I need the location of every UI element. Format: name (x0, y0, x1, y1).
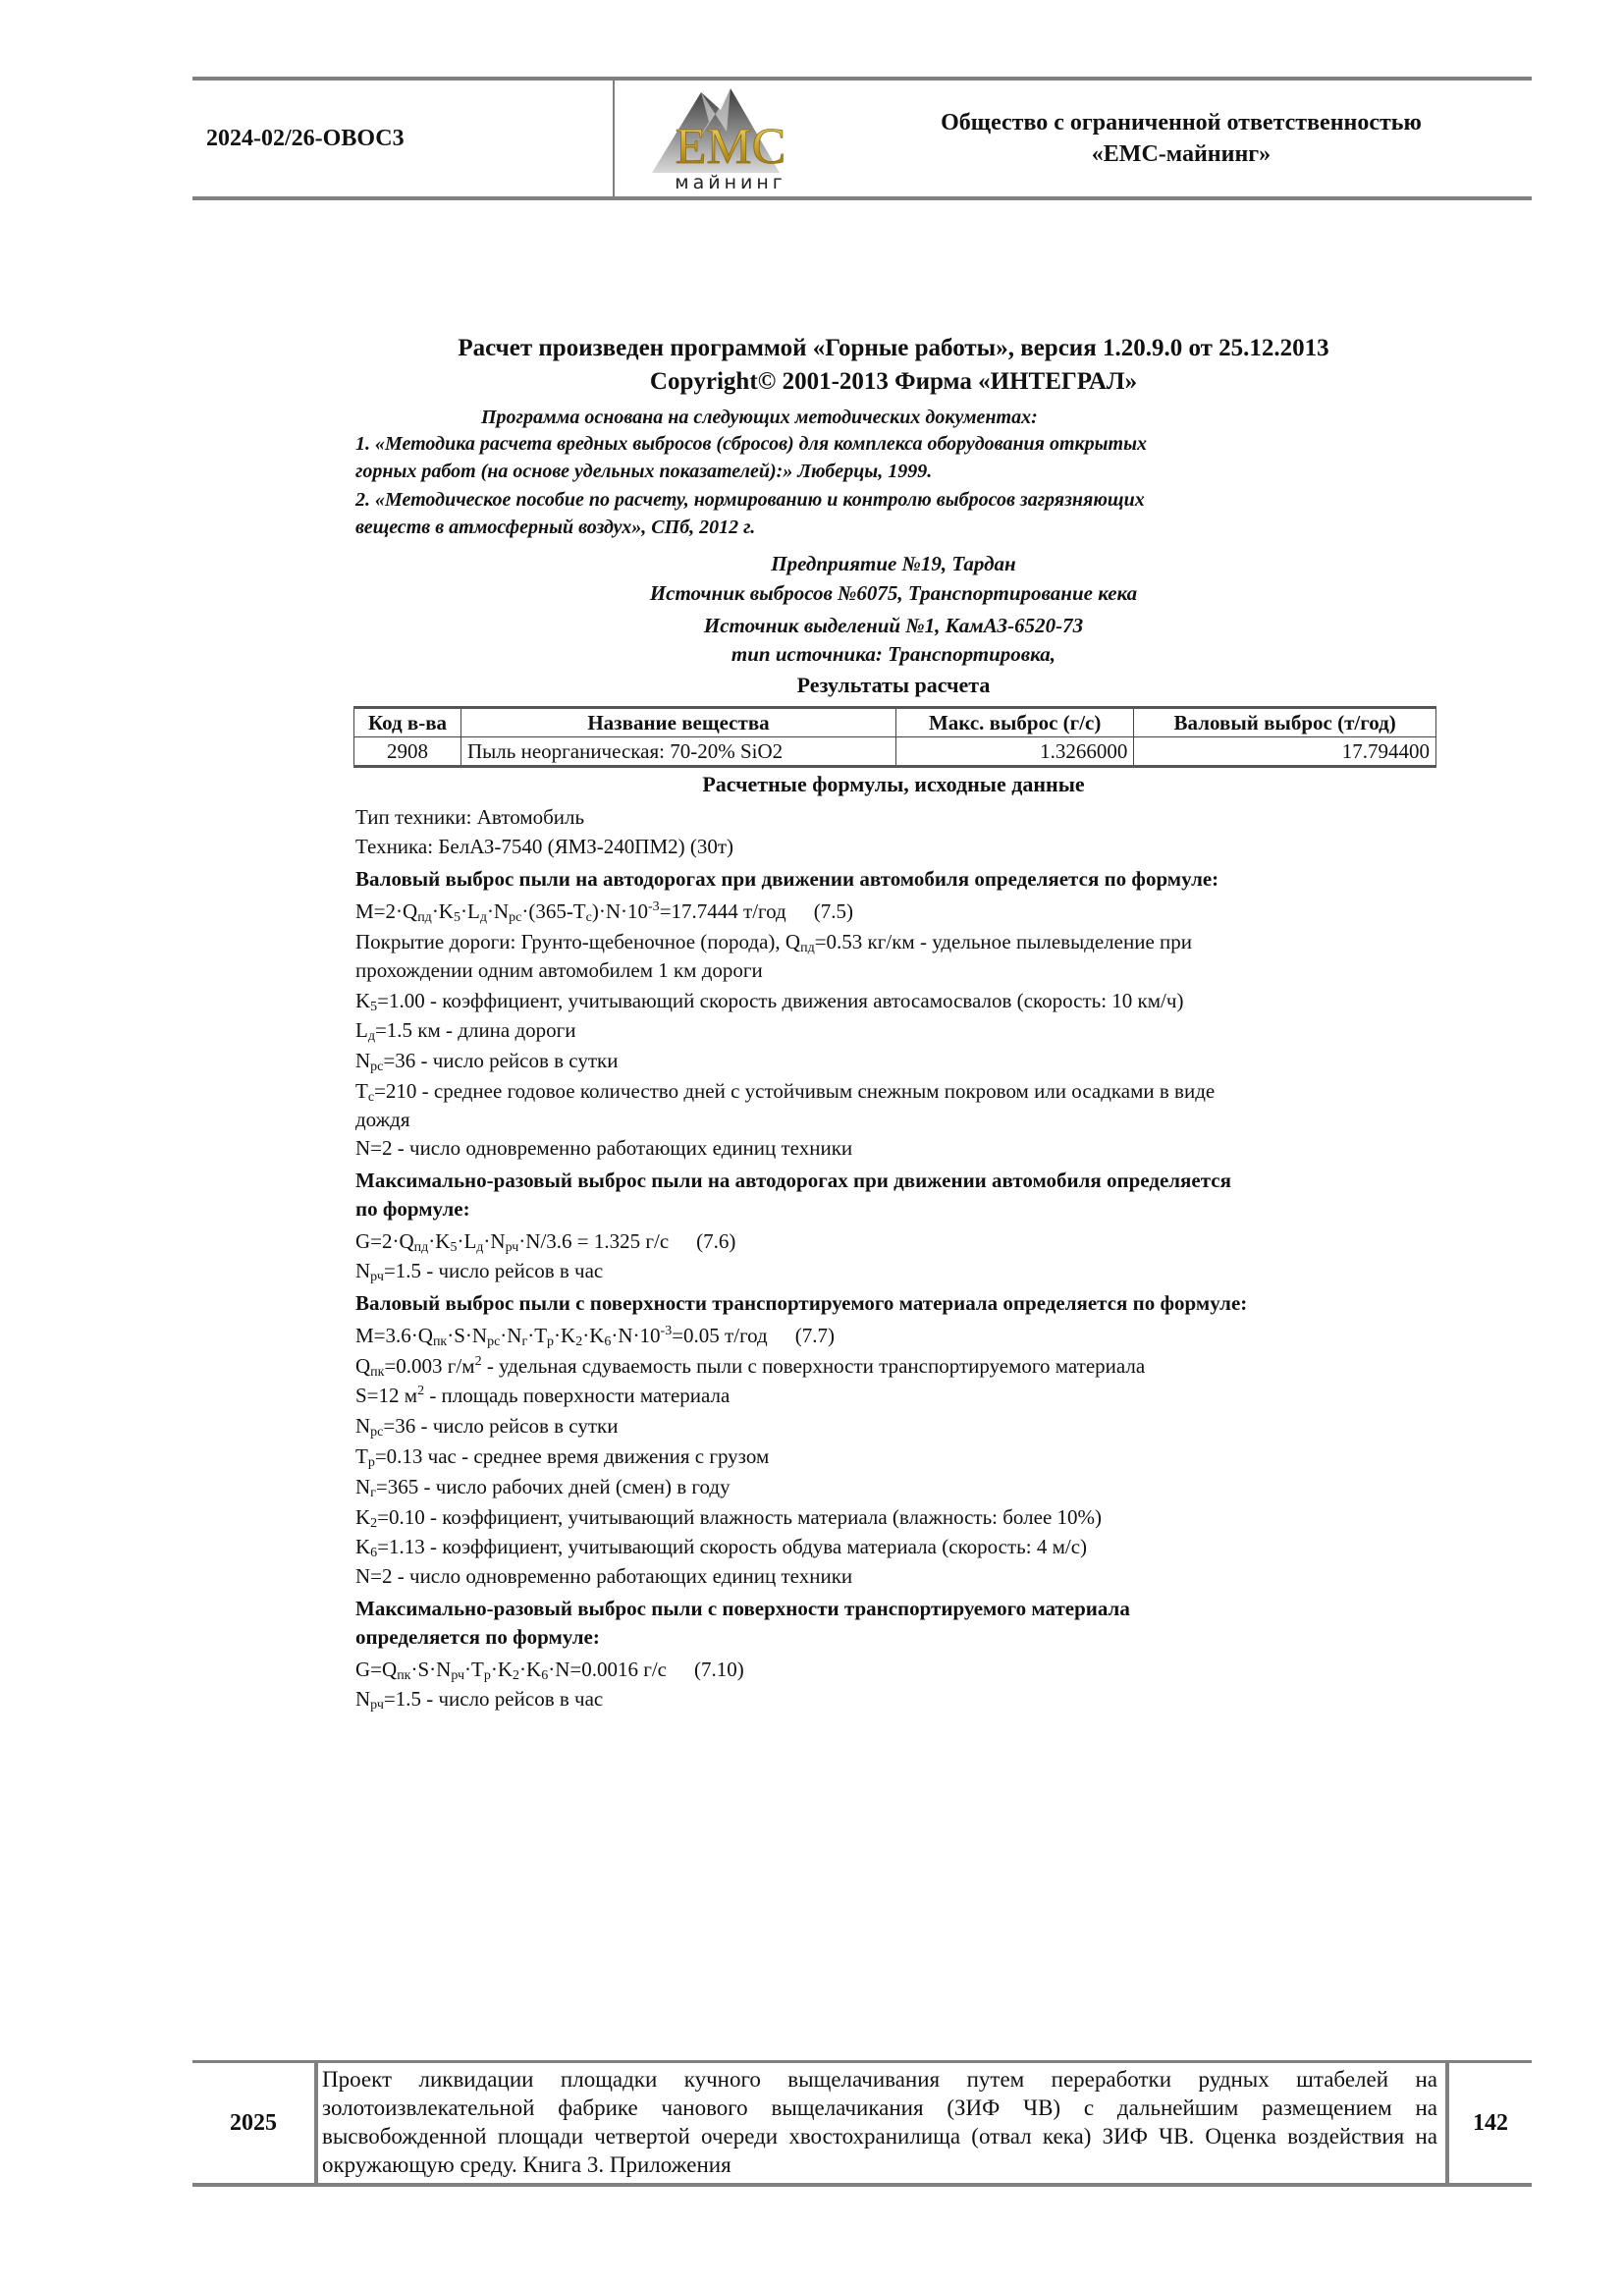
organization-line-2: «ЕМС-майнинг» (1092, 138, 1271, 170)
substance-name: Пыль неорганическая: 70-20% SiO2 (461, 737, 896, 767)
param-nrch-2: Nрч=1.5 - число рейсов в час (355, 1685, 1455, 1713)
road-cover-cont: прохождении одним автомобилем 1 км дорог… (355, 956, 1455, 984)
table-row: 2908 Пыль неорганическая: 70-20% SiO2 1.… (354, 737, 1436, 767)
param-n: N=2 - число одновременно работающих един… (355, 1134, 1455, 1162)
param-ld: Lд=1.5 км - длина дороги (355, 1016, 1455, 1044)
param-tc: Tс=210 - среднее годовое количество дней… (355, 1077, 1455, 1105)
param-tp: Tр=0.13 час - среднее время движения с г… (355, 1442, 1455, 1470)
organization-line-1: Общество с ограниченной ответственностью (941, 107, 1422, 138)
table-header-row: Код в-ва Название вещества Макс. выброс … (354, 708, 1436, 737)
column-header: Код в-ва (354, 708, 461, 737)
svg-text:EMC: EMC (676, 119, 786, 175)
page-footer: 2025 Проект ликвидации площадки кучного … (192, 2060, 1532, 2187)
svg-text:майнинг: майнинг (675, 172, 786, 193)
column-header: Название вещества (461, 708, 896, 737)
document-code: 2024-02/26-ОВОС3 (206, 81, 599, 196)
program-title: Расчет произведен программой «Горные раб… (324, 332, 1463, 364)
road-cover: Покрытие дороги: Грунто-щебеночное (поро… (355, 928, 1455, 955)
param-n-2: N=2 - число одновременно работающих един… (355, 1562, 1455, 1590)
footer-project-title: Проект ликвидации площадки кучного выщел… (322, 2065, 1437, 2179)
page-header: 2024-02/26-ОВОС3 EMC майнинг Общество с … (192, 77, 1532, 200)
footer-year: 2025 (192, 2063, 314, 2183)
release-source: Источник выделений №1, КамАЗ-6520-73 (324, 612, 1463, 639)
substance-code: 2908 (354, 737, 461, 767)
param-k6: K6=1.13 - коэффициент, учитывающий скоро… (355, 1533, 1455, 1560)
param-qpk: Qпк=0.003 г/м2 - удельная сдуваемость пы… (355, 1352, 1455, 1380)
column-header: Валовый выброс (т/год) (1134, 708, 1436, 737)
results-table: Код в-ва Название вещества Макс. выброс … (353, 706, 1436, 768)
page-number: 142 (1449, 2063, 1532, 2183)
emission-source: Источник выбросов №6075, Транспортирован… (324, 579, 1463, 607)
company-logo: EMC майнинг (632, 82, 829, 194)
equipment: Техника: БелАЗ-7540 (ЯМЗ-240ПМ2) (30т) (355, 833, 1455, 860)
section-3-heading: Валовый выброс пыли с поверхности трансп… (355, 1289, 1455, 1317)
basis-doc-2-line-2: веществ в атмосферный воздух», СПб, 2012… (355, 514, 755, 541)
param-ng: Nг=365 - число рабочих дней (смен) в год… (355, 1473, 1455, 1500)
results-title: Результаты расчета (324, 672, 1463, 699)
max-emission: 1.3266000 (896, 737, 1134, 767)
param-k5: K5=1.00 - коэффициент, учитывающий скоро… (355, 987, 1455, 1014)
section-4-heading: Максимально-разовый выброс пыли с поверх… (355, 1595, 1455, 1622)
enterprise: Предприятие №19, Тардан (324, 550, 1463, 577)
basis-doc-1-line-2: горных работ (на основе удельных показат… (355, 458, 932, 485)
footer-divider (314, 2063, 318, 2183)
param-tc-cont: дождя (355, 1106, 1455, 1133)
organization-name: Общество с ограниченной ответственностью… (831, 81, 1532, 196)
basis-heading: Программа основана на следующих методиче… (481, 404, 1038, 431)
source-type: тип источника: Транспортировка, (324, 640, 1463, 668)
formula-7-5: M=2·Qпд·K5·Lд·Nрс·(365-Tс)·N·10-3=17.744… (355, 898, 1455, 925)
formula-7-10: G=Qпк·S·Nрч·Tр·K2·K6·N=0.0016 г/с(7.10) (355, 1656, 1455, 1683)
column-header: Макс. выброс (г/с) (896, 708, 1134, 737)
section-4-heading-cont: определяется по формуле: (355, 1623, 1455, 1651)
param-k2: K2=0.10 - коэффициент, учитывающий влажн… (355, 1503, 1455, 1531)
section-2-heading: Максимально-разовый выброс пыли на автод… (355, 1167, 1455, 1194)
param-nrs-2: Nрс=36 - число рейсов в сутки (355, 1412, 1455, 1440)
param-nrch: Nрч=1.5 - число рейсов в час (355, 1257, 1455, 1284)
param-s: S=12 м2 - площадь поверхности материала (355, 1382, 1455, 1409)
section-1-heading: Валовый выброс пыли на автодорогах при д… (355, 865, 1455, 893)
header-divider (613, 81, 615, 196)
mountain-logo-icon: EMC майнинг (632, 82, 829, 194)
formula-7-7: M=3.6·Qпк·S·Nрс·Nг·Tр·K2·K6·N·10-3=0.05 … (355, 1322, 1455, 1349)
equipment-type: Тип техники: Автомобиль (355, 803, 1455, 831)
formulas-title: Расчетные формулы, исходные данные (324, 771, 1463, 798)
program-copyright: Copyright© 2001-2013 Фирма «ИНТЕГРАЛ» (324, 365, 1463, 398)
gross-emission: 17.794400 (1134, 737, 1436, 767)
basis-doc-1-line-1: 1. «Методика расчета вредных выбросов (с… (355, 430, 1147, 458)
basis-doc-2-line-1: 2. «Методическое пособие по расчету, нор… (355, 486, 1145, 514)
formula-7-6: G=2·Qпд·K5·Lд·Nрч·N/3.6 = 1.325 г/с(7.6) (355, 1227, 1455, 1255)
section-2-heading-cont: по формуле: (355, 1195, 1455, 1223)
param-nrs: Nрс=36 - число рейсов в сутки (355, 1047, 1455, 1074)
